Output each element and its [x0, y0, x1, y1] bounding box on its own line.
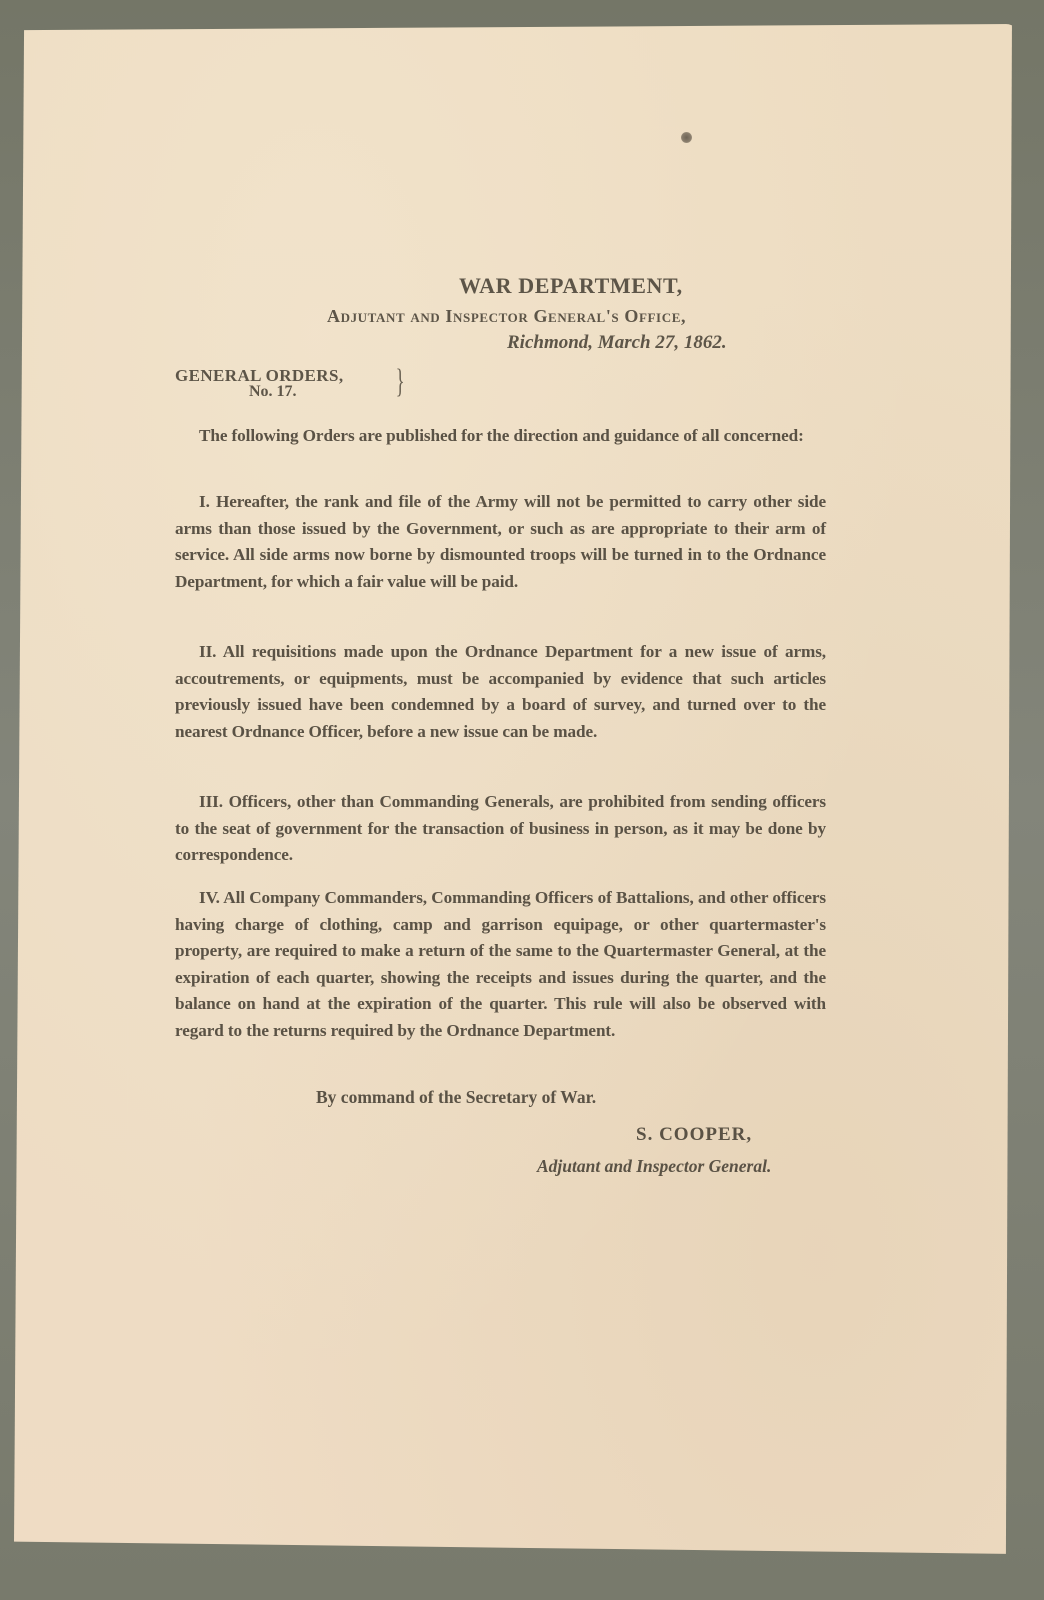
order-numeral: III.: [199, 792, 223, 811]
order-numeral: II.: [199, 642, 216, 661]
order-paragraph-1: I. Hereafter, the rank and file of the A…: [175, 489, 826, 595]
general-orders-heading: GENERAL ORDERS, No. 17. }: [175, 366, 343, 401]
place-date-line: Richmond, March 27, 1862.: [507, 332, 727, 354]
office-line: Adjutant and Inspector General's Office,: [327, 306, 686, 327]
intro-paragraph: The following Orders are published for t…: [175, 423, 826, 450]
ink-spot: [681, 132, 692, 143]
order-paragraph-4: IV. All Company Commanders, Commanding O…: [175, 885, 826, 1044]
order-text: Hereafter, the rank and file of the Army…: [175, 492, 826, 591]
brace-icon: }: [396, 363, 405, 401]
department-title: WAR DEPARTMENT,: [459, 273, 683, 299]
order-numeral: IV.: [199, 888, 220, 907]
signature-name: S. COOPER,: [636, 1124, 752, 1146]
order-paragraph-3: III. Officers, other than Commanding Gen…: [175, 789, 826, 869]
order-text: All requisitions made upon the Ordnance …: [175, 642, 826, 741]
signature-title: Adjutant and Inspector General.: [537, 1156, 771, 1177]
order-text: All Company Commanders, Commanding Offic…: [175, 888, 826, 1040]
order-text: Officers, other than Commanding Generals…: [175, 792, 826, 864]
command-line: By command of the Secretary of War.: [316, 1087, 596, 1108]
order-numeral: I.: [199, 492, 210, 511]
order-paragraph-2: II. All requisitions made upon the Ordna…: [175, 639, 826, 745]
